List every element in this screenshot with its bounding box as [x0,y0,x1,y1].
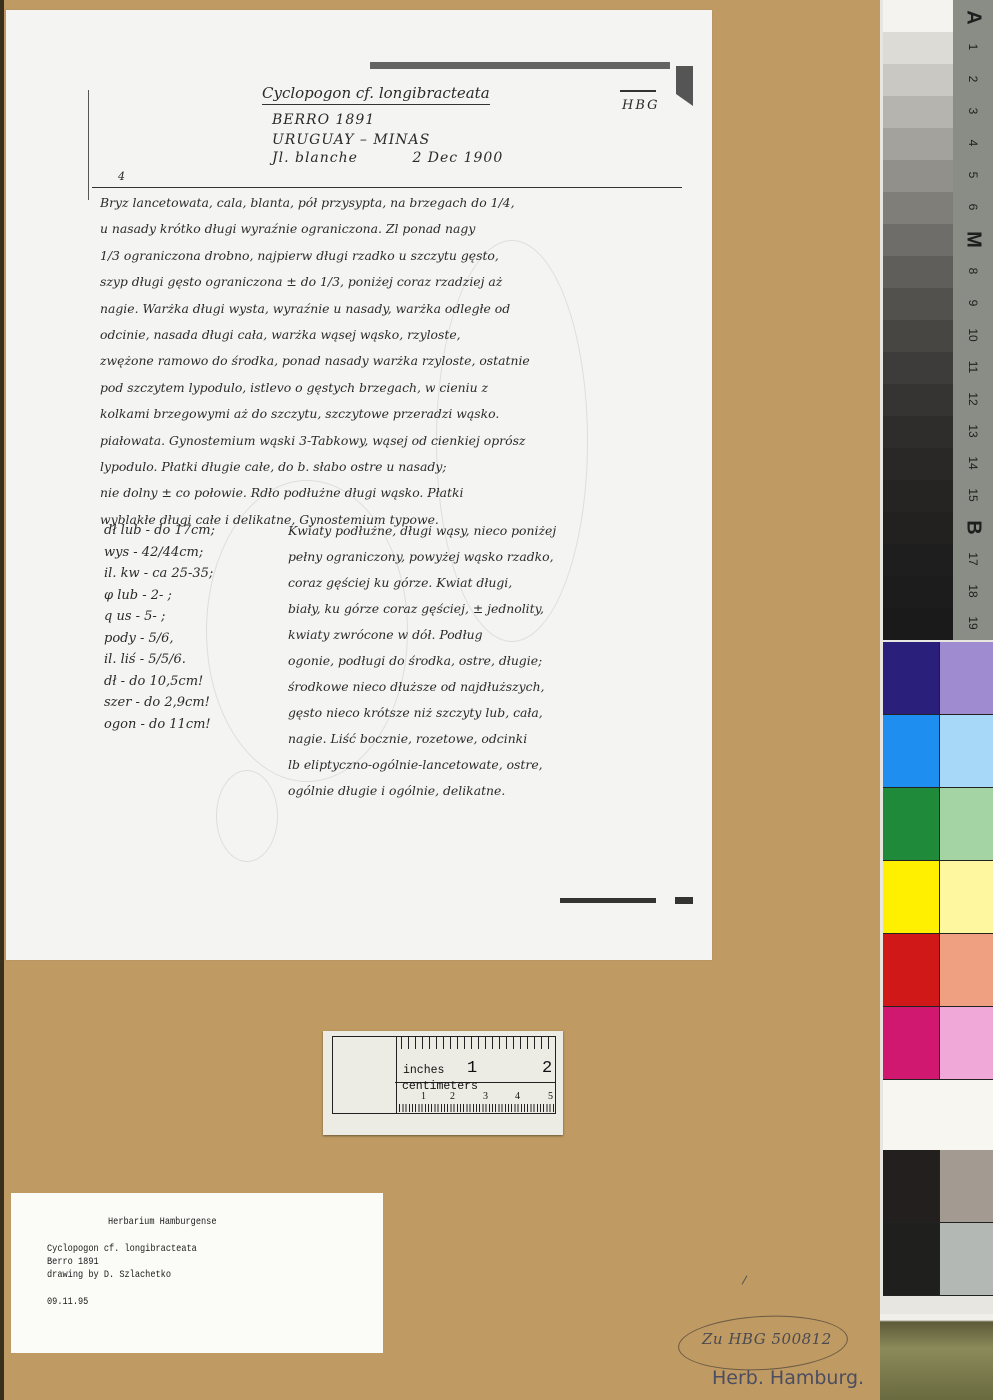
description-line: piałowata. Gynostemium wąski 3-Tabkowy, … [100,428,680,454]
gray-step [883,544,954,576]
gray-step [883,128,954,160]
description-line: kolkami brzegowymi aż do szczytu, szczyt… [100,401,680,427]
gray-step [883,0,954,32]
copy-margin-line [88,90,89,200]
ruler-blank-box [332,1036,397,1114]
description-line: lypodulo. Płatki długie całe, do b. słab… [100,454,680,480]
gray-step [883,416,954,448]
measurement: pody - 5/6, [104,628,215,650]
cm-mark: 5 [548,1091,553,1102]
label-taxon: Cyclopogon cf. longibracteata [47,1243,197,1255]
description-line: kwiaty zwrócone w dół. Podług [288,622,678,648]
gray-step [883,480,954,512]
measurement: szer - do 2,9cm! [104,692,215,714]
description-line: lb eliptyczno-ogólnie-lancetowate, ostre… [288,752,678,778]
patch-warm-gray [940,1150,993,1222]
gray-step [883,288,954,320]
gray-step [883,352,954,384]
gray-label: 19 [966,603,980,643]
description-line: Bryz lancetowata, cala, blanta, pół przy… [100,190,680,216]
inch-mark-1: 1 [467,1059,477,1078]
herbarium-label: Herbarium Hamburgense Cyclopogon cf. lon… [11,1193,383,1353]
copy-edge-bar [675,897,693,904]
cm-ticks [396,1104,554,1112]
patch-violet-dark [883,642,940,714]
description-line: gęsto nieco krótsze niż szczyty lub, cał… [288,700,678,726]
inch-ticks [401,1037,555,1049]
page-number: 4 [118,170,125,183]
patch-yellow-dark [883,861,940,933]
description-line: odcinie, nasada długi cała, warżka wąsej… [100,322,680,348]
description-paragraph: Bryz lancetowata, cala, blanta, pół przy… [100,190,680,533]
description-line: 1/3 ograniczona drobno, najpierw długi r… [100,243,680,269]
gray-step [883,256,954,288]
patch-red-light [940,934,993,1006]
patch-black [883,1150,940,1222]
patch-blue-dark [883,715,940,787]
ruler-unit-centimeters: centimeters [402,1080,478,1093]
measurements-list: dł lub - do 17cm; wys - 42/44cm; il. kw … [104,520,215,735]
gray-step [883,576,954,608]
description-line: szyp długi gęsto ograniczona ± do 1/3, p… [100,269,680,295]
measurement: dł - do 10,5cm! [104,671,215,693]
description-line: ogólnie długie i ogólnie, delikatne. [288,778,678,804]
ruler-unit-inches: inches [403,1064,444,1077]
color-row-yellow [883,861,993,934]
gray-step [883,64,954,96]
description-line: nagie. Warżka długi wysta, wyraźnie u na… [100,296,680,322]
label-collector: Berro 1891 [47,1256,99,1268]
herbarium-stamp: Herb. Hamburg. [712,1367,864,1389]
gray-step [883,384,954,416]
scale-ruler: inches 1 2 centimeters 1 2 3 4 5 [323,1031,563,1135]
header-line-collector: BERRO 1891 [272,112,375,128]
description-line: środkowe nieco dłuższe od najdłuższych, [288,674,678,700]
color-calibration-chart: A 1 2 3 4 5 6 M 8 9 10 11 12 13 14 15 B … [880,0,993,1400]
cm-mark: 1 [421,1091,426,1102]
color-row-blue [883,715,993,788]
measurement: wys - 42/44cm; [104,542,215,564]
herbarium-code: HBG [622,98,660,113]
herbarium-sheet: Cyclopogon cf. longibracteata HBG BERRO … [0,0,880,1400]
gray-step [883,608,954,640]
header-separator [92,187,682,188]
pencil-mark [742,1275,748,1284]
gray-step [883,32,954,64]
gray-step [883,224,954,256]
color-row-magenta [883,1007,993,1080]
description-line: nagie. Liść bocznie, rozetowe, odcinki [288,726,678,752]
description-line: pod szczytem lypodulo, istlevo o gęstych… [100,375,680,401]
gray-step [883,96,954,128]
patch-yellow-light [940,861,993,933]
description-line: pełny ograniczony, powyżej wąsko rzadko, [288,544,678,570]
sheet-edge [0,0,4,1400]
patch-blue-light [940,715,993,787]
gray-step [883,192,954,224]
patch-green-light [940,788,993,860]
flower-description: Kwiaty podłużne, długi wąsy, nieco poniż… [288,518,678,804]
copy-edge-bar [560,898,656,903]
label-date: 09.11.95 [47,1296,88,1308]
hbg-underline [620,90,656,92]
color-row-neutral1 [883,1150,993,1223]
gray-scale [883,0,954,640]
description-line: coraz gęściej ku górze. Kwiat długi, [288,570,678,596]
faint-drawing-outline [216,770,278,862]
cm-mark: 4 [515,1091,520,1102]
description-line: Kwiaty podłużne, długi wąsy, nieco poniż… [288,518,678,544]
measurement: il. kw - ca 25-35; [104,563,215,585]
chart-bottom-edge [880,1314,993,1400]
gray-step [883,512,954,544]
barcode-number: Zu HBG 500812 [702,1330,832,1348]
gray-step [883,448,954,480]
patch-green-dark [883,788,940,860]
patch-red-dark [883,934,940,1006]
inch-mark-2: 2 [542,1059,552,1078]
header-line-date: Jl. blanche 2 Dec 1900 [272,150,503,166]
gray-step [883,320,954,352]
handwritten-title: Cyclopogon cf. longibracteata [262,84,490,105]
label-note: drawing by D. Szlachetko [47,1269,171,1281]
description-line: u nasady krótko długi wyraźnie ograniczo… [100,216,680,242]
header-line-locality: URUGUAY – MINAS [272,132,430,148]
color-row-violet [883,642,993,715]
measurement: il. liś - 5/5/6. [104,649,215,671]
patch-white [883,1080,993,1150]
cm-mark: 2 [450,1091,455,1102]
color-row-neutral2 [883,1223,993,1296]
description-line: biały, ku górze coraz gęściej, ± jednoli… [288,596,678,622]
label-institution: Herbarium Hamburgense [108,1216,217,1228]
color-patches [883,642,993,1296]
description-line: ogonie, podługi do środka, ostre, długie… [288,648,678,674]
gray-step [883,160,954,192]
measurement: q us - 5- ; [104,606,215,628]
description-line: zwężone ramowo do środka, ponad nasady w… [100,348,680,374]
patch-cool-gray [940,1223,993,1295]
cm-mark: 3 [483,1091,488,1102]
patch-magenta-dark [883,1007,940,1079]
description-line: nie dolny ± co połowie. Rdło podłużne dł… [100,480,680,506]
measurement: ogon - do 11cm! [104,714,215,736]
patch-black [883,1223,940,1295]
color-row-green [883,788,993,861]
patch-magenta-light [940,1007,993,1079]
measurement: dł lub - do 17cm; [104,520,215,542]
copy-edge-bar [370,62,670,69]
gray-scale-labels: A 1 2 3 4 5 6 M 8 9 10 11 12 13 14 15 B … [953,0,993,640]
color-row-red [883,934,993,1007]
measurement: φ lub - 2- ; [104,585,215,607]
patch-violet-light [940,642,993,714]
